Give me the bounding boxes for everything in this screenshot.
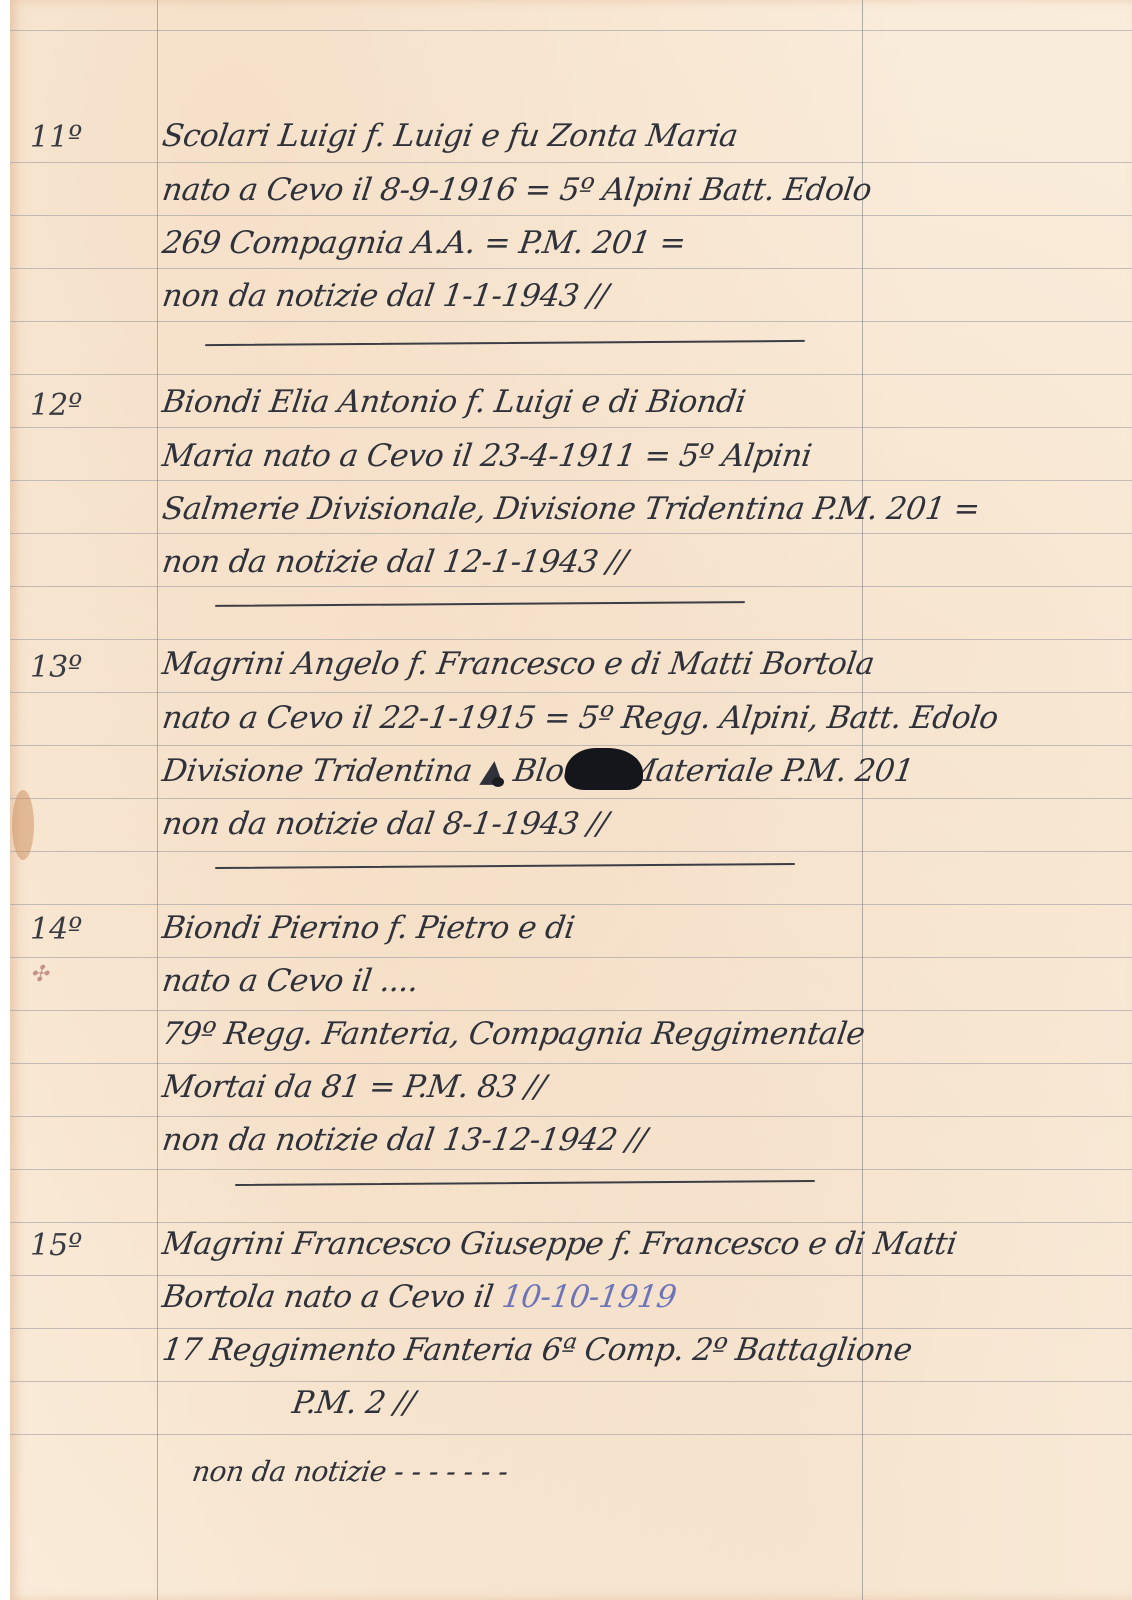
entry-line: P.M. 2 //: [290, 1385, 417, 1421]
ruling-line: [10, 1434, 1132, 1435]
ruling-line: [10, 268, 1132, 269]
margin-line: [157, 0, 158, 1600]
entry-line: non da notizie - - - - - - -: [190, 1455, 510, 1488]
ruling-line: [10, 639, 1132, 640]
entry-line: Magrini Angelo f. Francesco e di Matti B…: [160, 646, 876, 682]
ruling-line: [10, 1275, 1132, 1276]
entry-line: Salmerie Divisionale, Divisione Tridenti…: [160, 491, 982, 527]
entry-line: 269 Compagnia A.A. = P.M. 201 =: [160, 225, 688, 261]
ruling-line: [10, 480, 1132, 481]
ruling-line: [10, 1328, 1132, 1329]
ruling-line: [10, 533, 1132, 534]
ruling-line: [10, 1010, 1132, 1011]
entry-line: non da notizie dal 8-1-1943 //: [160, 806, 610, 842]
entry-line: nato a Cevo il ....: [160, 963, 421, 999]
entry-number: 13º: [30, 650, 82, 685]
ruling-line: [10, 1381, 1132, 1382]
ruling-line: [10, 1116, 1132, 1117]
entry-line-text: Bortola nato a Cevo il: [160, 1279, 505, 1315]
entry-line: non da notizie dal 12-1-1943 //: [160, 544, 629, 580]
burn-spot: [492, 777, 504, 787]
paper-stain: [12, 790, 34, 860]
entry-number: 15º: [30, 1228, 82, 1263]
ruling-line: [10, 1169, 1132, 1170]
ruling-line: [10, 427, 1132, 428]
entry-number: 12º: [30, 388, 82, 423]
entry-line: Scolari Luigi f. Luigi e fu Zonta Maria: [160, 118, 740, 154]
entry-number: 11º: [30, 120, 82, 155]
ruling-line: [10, 851, 1132, 852]
ruling-line: [10, 586, 1132, 587]
ruling-line: [10, 798, 1132, 799]
ruling-line: [10, 215, 1132, 216]
ruling-line: [10, 692, 1132, 693]
ruling-line: [10, 162, 1132, 163]
ruling-line: [10, 1222, 1132, 1223]
entry-line: 17 Reggimento Fanteria 6ª Comp. 2º Batta…: [160, 1332, 914, 1368]
ruling-line: [10, 957, 1132, 958]
burn-hole: [565, 748, 643, 790]
entry-line: nato a Cevo il 8-9-1916 = 5º Alpini Batt…: [160, 172, 874, 208]
entry-number: 14º: [30, 912, 82, 947]
entry-line: non da notizie dal 1-1-1943 //: [160, 278, 610, 314]
ruling-line: [10, 30, 1132, 31]
entry-line: Mortai da 81 = P.M. 83 //: [160, 1069, 548, 1105]
entry-line: Bortola nato a Cevo il 10-10-1919: [160, 1279, 678, 1315]
entry-line: Biondi Pierino f. Pietro e di: [160, 910, 577, 946]
entry-line: nato a Cevo il 22-1-1915 = 5º Regg. Alpi…: [160, 700, 1000, 736]
entry-line: Divisione Tridentina ▲ Blocco Materiale …: [160, 753, 916, 789]
entry-line: Biondi Elia Antonio f. Luigi e di Biondi: [160, 384, 748, 420]
entry-line: non da notizie dal 13-12-1942 //: [160, 1122, 649, 1158]
entry-line: Magrini Francesco Giuseppe f. Francesco …: [160, 1226, 959, 1262]
entry-line: 79º Regg. Fanteria, Compagnia Reggimenta…: [160, 1016, 867, 1052]
ruling-line: [10, 904, 1132, 905]
margin-mark: ✣: [30, 962, 48, 987]
birth-date-blue-ink: 10-10-1919: [500, 1279, 679, 1315]
ruling-line: [10, 1063, 1132, 1064]
ruling-line: [10, 321, 1132, 322]
entry-line: Maria nato a Cevo il 23-4-1911 = 5º Alpi…: [160, 438, 814, 474]
ruling-line: [10, 374, 1132, 375]
ruling-line: [10, 745, 1132, 746]
